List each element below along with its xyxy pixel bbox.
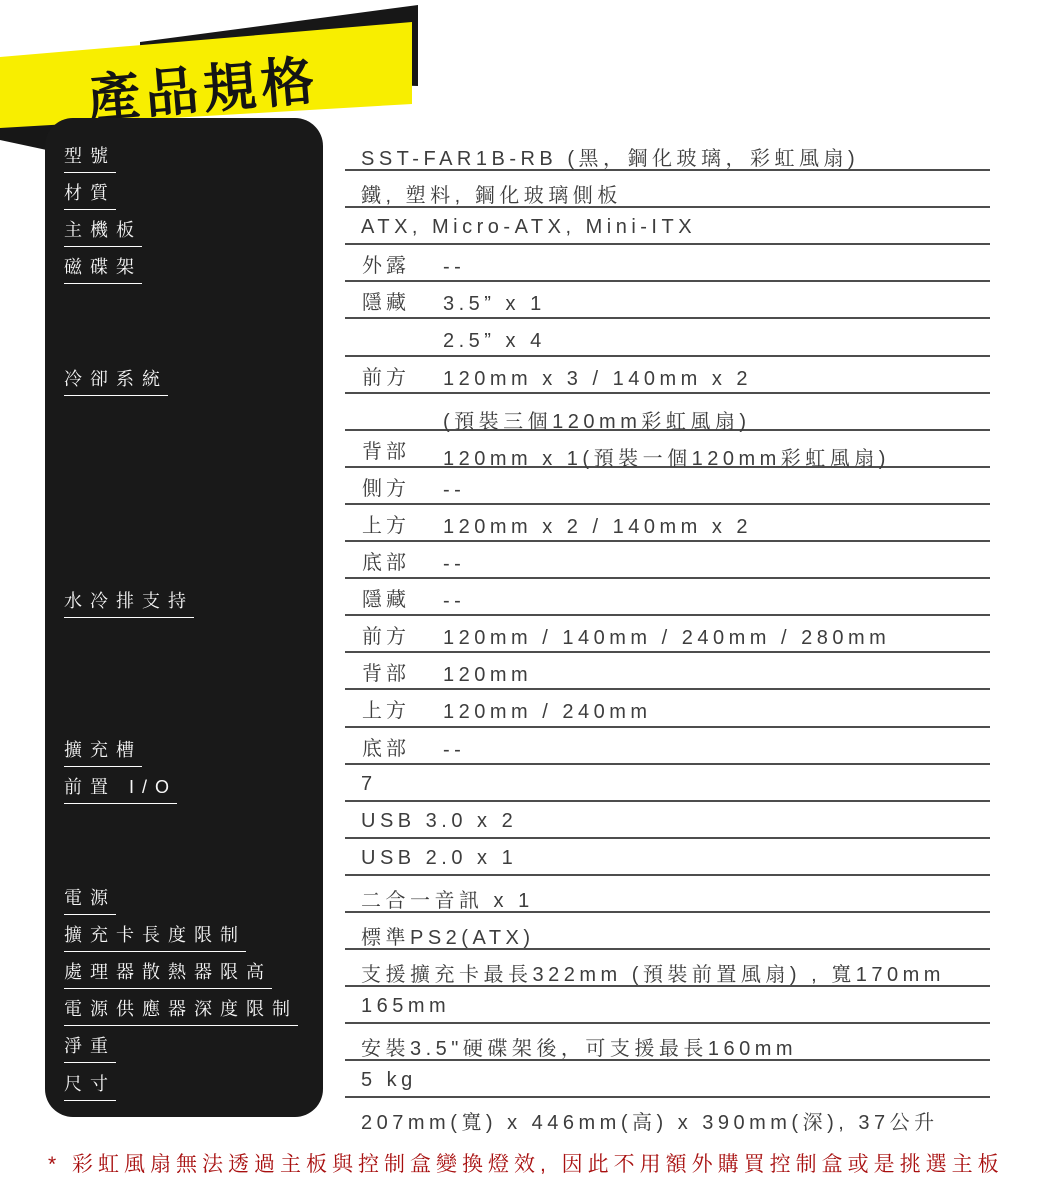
spec-label-psu-depth-limit: 電源供應器深度限制 (64, 995, 298, 1026)
spec-value: -- (443, 256, 465, 279)
spec-row: 隱藏3.5” x 1 (345, 282, 990, 319)
spec-value: 5 kg (361, 1069, 417, 1092)
spec-label-drive-bay: 磁碟架 (64, 253, 142, 284)
spec-row: 前方120mm / 140mm / 240mm / 280mm (345, 616, 990, 653)
spec-value: USB 3.0 x 2 (361, 810, 517, 833)
spec-label-material: 材質 (64, 179, 116, 210)
spec-value: 鐵, 塑料, 鋼化玻璃側板 (361, 179, 622, 208)
spec-row: (預裝三個120mm彩虹風扇) (345, 394, 990, 431)
spec-sublabel: 底部 (362, 732, 410, 761)
spec-value: 120mm / 240mm (443, 701, 652, 724)
spec-row: USB 3.0 x 2 (345, 802, 990, 839)
spec-row: USB 2.0 x 1 (345, 839, 990, 876)
spec-value: 標準PS2(ATX) (361, 921, 535, 950)
spec-label-cpu-cooler-height: 處理器散熱器限高 (64, 958, 272, 989)
spec-sublabel: 上方 (362, 694, 410, 723)
spec-row: 背部120mm x 1(預裝一個120mm彩虹風扇) (345, 431, 990, 468)
spec-row: ATX, Micro-ATX, Mini-ITX (345, 208, 990, 245)
spec-label-power-supply: 電源 (64, 884, 116, 915)
spec-label-cooling-system: 冷卻系統 (64, 365, 168, 396)
spec-value: 120mm x 2 / 140mm x 2 (443, 516, 752, 539)
spec-row: 標準PS2(ATX) (345, 913, 990, 950)
spec-value: -- (443, 590, 465, 613)
footnote: * 彩虹風扇無法透過主板與控制盒變換燈效, 因此不用額外購買控制盒或是挑選主板 (48, 1148, 1028, 1178)
spec-value: 安裝3.5"硬碟架後，可支援最長160mm (361, 1032, 797, 1061)
spec-row: 2.5” x 4 (345, 319, 990, 356)
spec-value: 二合一音訊 x 1 (361, 884, 534, 913)
spec-sublabel: 前方 (362, 620, 410, 649)
spec-value: 120mm (443, 664, 532, 687)
spec-row: 底部-- (345, 542, 990, 579)
spec-label-motherboard: 主機板 (64, 216, 142, 247)
spec-value: -- (443, 739, 465, 762)
spec-row: 鐵, 塑料, 鋼化玻璃側板 (345, 171, 990, 208)
spec-row: 5 kg (345, 1061, 990, 1098)
spec-label-model: 型號 (64, 142, 116, 173)
spec-sublabel: 上方 (362, 509, 410, 538)
spec-row: 隱藏-- (345, 579, 990, 616)
spec-value: SST-FAR1B-RB (黑，鋼化玻璃，彩虹風扇) (361, 142, 859, 171)
spec-value: USB 2.0 x 1 (361, 847, 517, 870)
spec-value: 207mm(寬) x 446mm(高) x 390mm(深), 37公升 (361, 1106, 939, 1135)
spec-label-front-io: 前置 I/O (64, 773, 177, 804)
spec-value: 7 (361, 773, 377, 796)
spec-row: 165mm (345, 987, 990, 1024)
spec-table: SST-FAR1B-RB (黑，鋼化玻璃，彩虹風扇) 鐵, 塑料, 鋼化玻璃側板… (345, 134, 990, 1136)
spec-value: 支援擴充卡最長322mm (預裝前置風扇) , 寬170mm (361, 958, 945, 987)
spec-row: 7 (345, 765, 990, 802)
spec-row: 側方-- (345, 468, 990, 505)
spec-value: -- (443, 479, 465, 502)
spec-sublabel: 隱藏 (362, 286, 410, 315)
spec-value: 120mm / 140mm / 240mm / 280mm (443, 627, 890, 650)
spec-label-expansion-slot: 擴充槽 (64, 736, 142, 767)
spec-value: 120mm x 1(預裝一個120mm彩虹風扇) (443, 442, 890, 471)
spec-sublabel: 底部 (362, 546, 410, 575)
spec-label-card-length-limit: 擴充卡長度限制 (64, 921, 246, 952)
spec-label-radiator-support: 水冷排支持 (64, 587, 194, 618)
spec-value: 165mm (361, 995, 450, 1018)
spec-value: 3.5” x 1 (443, 293, 546, 316)
spec-row: 外露-- (345, 245, 990, 282)
spec-sublabel: 前方 (362, 361, 410, 390)
spec-sublabel: 隱藏 (362, 583, 410, 612)
spec-sublabel: 外露 (362, 249, 410, 278)
spec-row: 安裝3.5"硬碟架後，可支援最長160mm (345, 1024, 990, 1061)
spec-row: 207mm(寬) x 446mm(高) x 390mm(深), 37公升 (345, 1098, 990, 1135)
spec-label-net-weight: 淨重 (64, 1032, 116, 1063)
spec-sublabel: 背部 (362, 435, 410, 464)
spec-row: 二合一音訊 x 1 (345, 876, 990, 913)
spec-row: 底部-- (345, 728, 990, 765)
spec-row: 上方120mm / 240mm (345, 690, 990, 727)
product-spec-page: 產品規格 型號 材質 主機板 磁碟架 冷卻系統 水冷排支持 擴充槽 前置 I/O… (0, 0, 1040, 1200)
spec-row: 上方120mm x 2 / 140mm x 2 (345, 505, 990, 542)
spec-label-dimensions: 尺寸 (64, 1070, 116, 1101)
spec-sublabel: 側方 (362, 472, 410, 501)
spec-row: 前方120mm x 3 / 140mm x 2 (345, 357, 990, 394)
spec-value: -- (443, 553, 465, 576)
spec-value: (預裝三個120mm彩虹風扇) (443, 405, 751, 434)
spec-sublabel: 背部 (362, 657, 410, 686)
spec-row: SST-FAR1B-RB (黑，鋼化玻璃，彩虹風扇) (345, 134, 990, 171)
spec-value: ATX, Micro-ATX, Mini-ITX (361, 216, 696, 239)
spec-row: 支援擴充卡最長322mm (預裝前置風扇) , 寬170mm (345, 950, 990, 987)
spec-row: 背部120mm (345, 653, 990, 690)
spec-value: 120mm x 3 / 140mm x 2 (443, 368, 752, 391)
spec-value: 2.5” x 4 (443, 330, 546, 353)
